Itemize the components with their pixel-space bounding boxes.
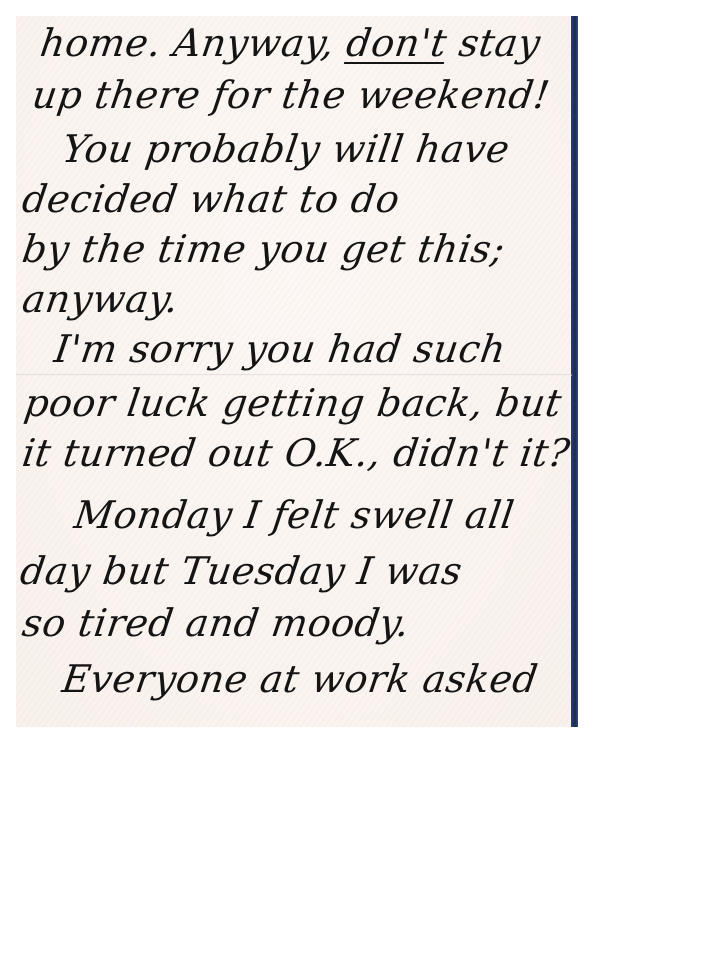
handwritten-line-5: by the time you get this; [20, 230, 507, 268]
handwritten-line-3: You probably will have [60, 130, 512, 168]
handwritten-line-6: anyway. [20, 280, 181, 318]
handwritten-line-11: day but Tuesday I was [18, 552, 465, 590]
handwritten-line-9: it turned out O.K., didn't it? [20, 434, 572, 472]
underlined-word: don't [344, 21, 450, 65]
handwritten-line-1: home. Anyway, don't stay [38, 24, 543, 62]
line-1-before: home. Anyway, [38, 21, 350, 65]
handwritten-line-2: up there for the weekend! [30, 76, 552, 114]
line-1-after: stay [444, 21, 544, 65]
handwritten-line-13: Everyone at work asked [60, 660, 540, 698]
paper-fold-line [16, 374, 572, 376]
handwritten-line-10: Monday I felt swell all [72, 496, 517, 534]
handwritten-line-7: I'm sorry you had such [52, 330, 508, 368]
handwritten-line-12: so tired and moody. [20, 604, 412, 642]
handwritten-line-8: poor luck getting back, but [22, 384, 564, 422]
page-edge-strip [571, 16, 578, 727]
handwritten-line-4: decided what to do [20, 180, 402, 218]
